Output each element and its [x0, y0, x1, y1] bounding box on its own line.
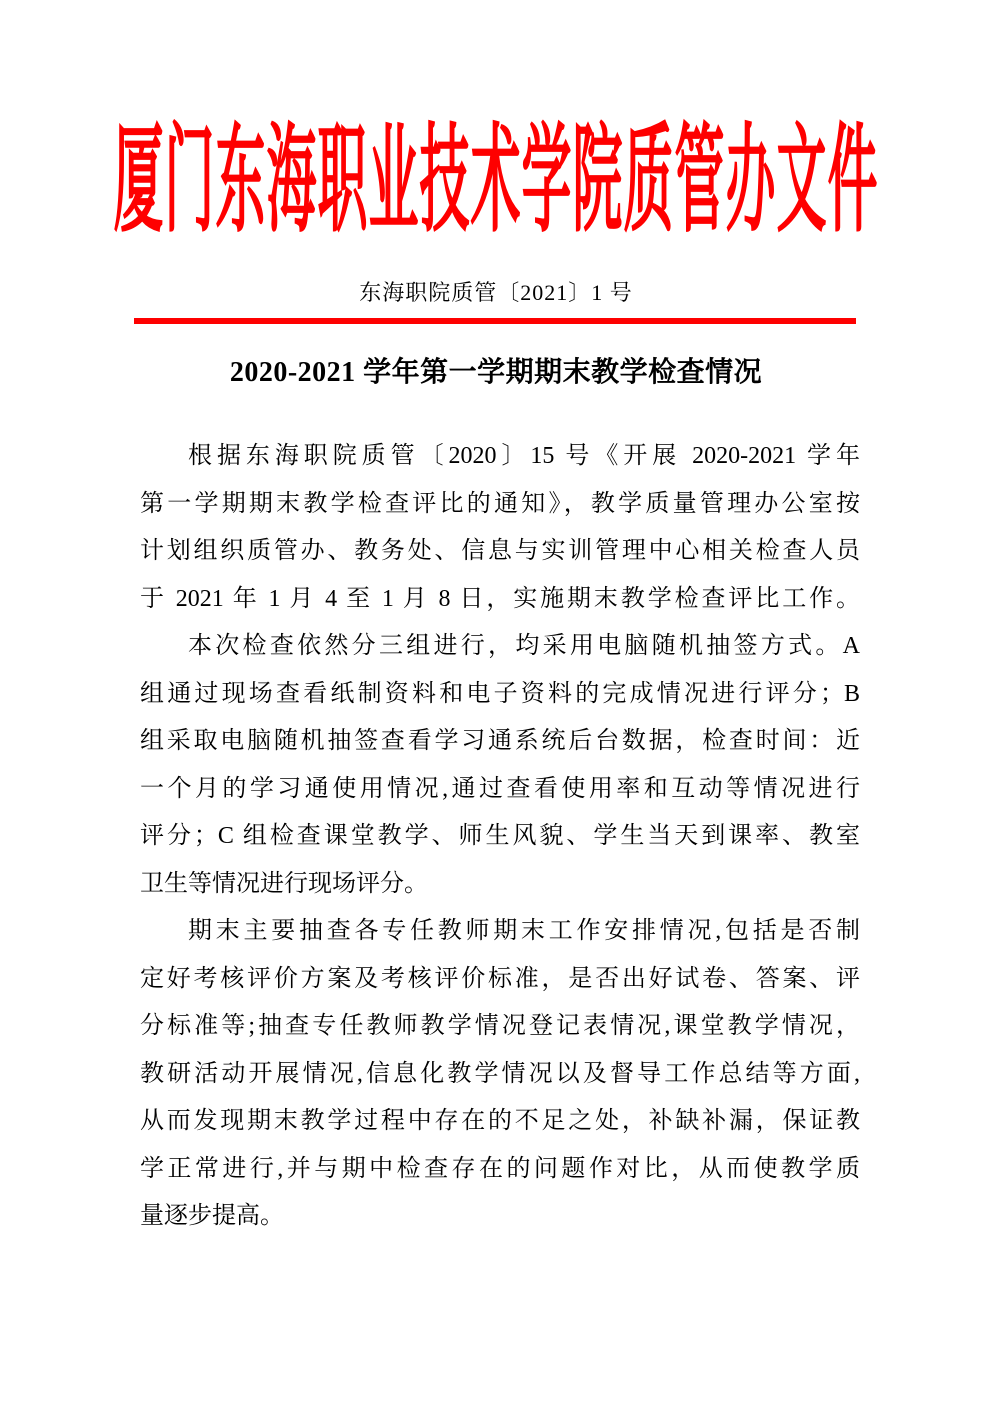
body-line: 教研活动开展情况,信息化教学情况以及督导工作总结等方面,	[140, 1051, 860, 1099]
body-line: 第一学期期末教学检查评比的通知》，教学质量管理办公室按	[140, 481, 860, 529]
body-line: 期末主要抽查各专任教师期末工作安排情况,包括是否制	[140, 908, 860, 956]
document-title: 2020-2021 学年第一学期期末教学检查情况	[0, 356, 992, 390]
body-line: 分标准等;抽查专任教师教学情况登记表情况,课堂教学情况，	[140, 1003, 860, 1051]
body-line: 学正常进行,并与期中检查存在的问题作对比，从而使教学质	[140, 1146, 860, 1194]
body-line: 组通过现场查看纸制资料和电子资料的完成情况进行评分；B	[140, 671, 860, 719]
body-line: 评分；C 组检查课堂教学、师生风貌、学生当天到课率、教室	[140, 813, 860, 861]
red-separator-line	[134, 318, 856, 324]
body-paragraph: 期末主要抽查各专任教师期末工作安排情况,包括是否制定好考核评价方案及考核评价标准…	[140, 908, 860, 1241]
body-line: 量逐步提高。	[140, 1193, 860, 1241]
body-paragraph: 本次检查依然分三组进行，均采用电脑随机抽签方式。A组通过现场查看纸制资料和电子资…	[140, 623, 860, 908]
document-number: 东海职院质管〔2021〕1 号	[0, 278, 992, 308]
body-line: 组采取电脑随机抽签查看学习通系统后台数据，检查时间：近	[140, 718, 860, 766]
red-letterhead-title: 厦门东海职业技术学院质管办文件	[0, 122, 992, 240]
document-body: 根据东海职院质管〔2020〕15 号《开展 2020-2021 学年第一学期期末…	[140, 433, 860, 1241]
body-line: 计划组织质管办、教务处、信息与实训管理中心相关检查人员	[140, 528, 860, 576]
body-line: 从而发现期末教学过程中存在的不足之处，补缺补漏，保证教	[140, 1098, 860, 1146]
body-line: 本次检查依然分三组进行，均采用电脑随机抽签方式。A	[140, 623, 860, 671]
body-paragraph: 根据东海职院质管〔2020〕15 号《开展 2020-2021 学年第一学期期末…	[140, 433, 860, 623]
body-line: 卫生等情况进行现场评分。	[140, 861, 860, 909]
body-line: 一个月的学习通使用情况,通过查看使用率和互动等情况进行	[140, 766, 860, 814]
body-line: 于 2021 年 1 月 4 至 1 月 8 日，实施期末教学检查评比工作。	[140, 576, 860, 624]
document-page: 厦门东海职业技术学院质管办文件 东海职院质管〔2021〕1 号 2020-202…	[0, 0, 992, 1403]
body-line: 定好考核评价方案及考核评价标准，是否出好试卷、答案、评	[140, 956, 860, 1004]
body-line: 根据东海职院质管〔2020〕15 号《开展 2020-2021 学年	[140, 433, 860, 481]
